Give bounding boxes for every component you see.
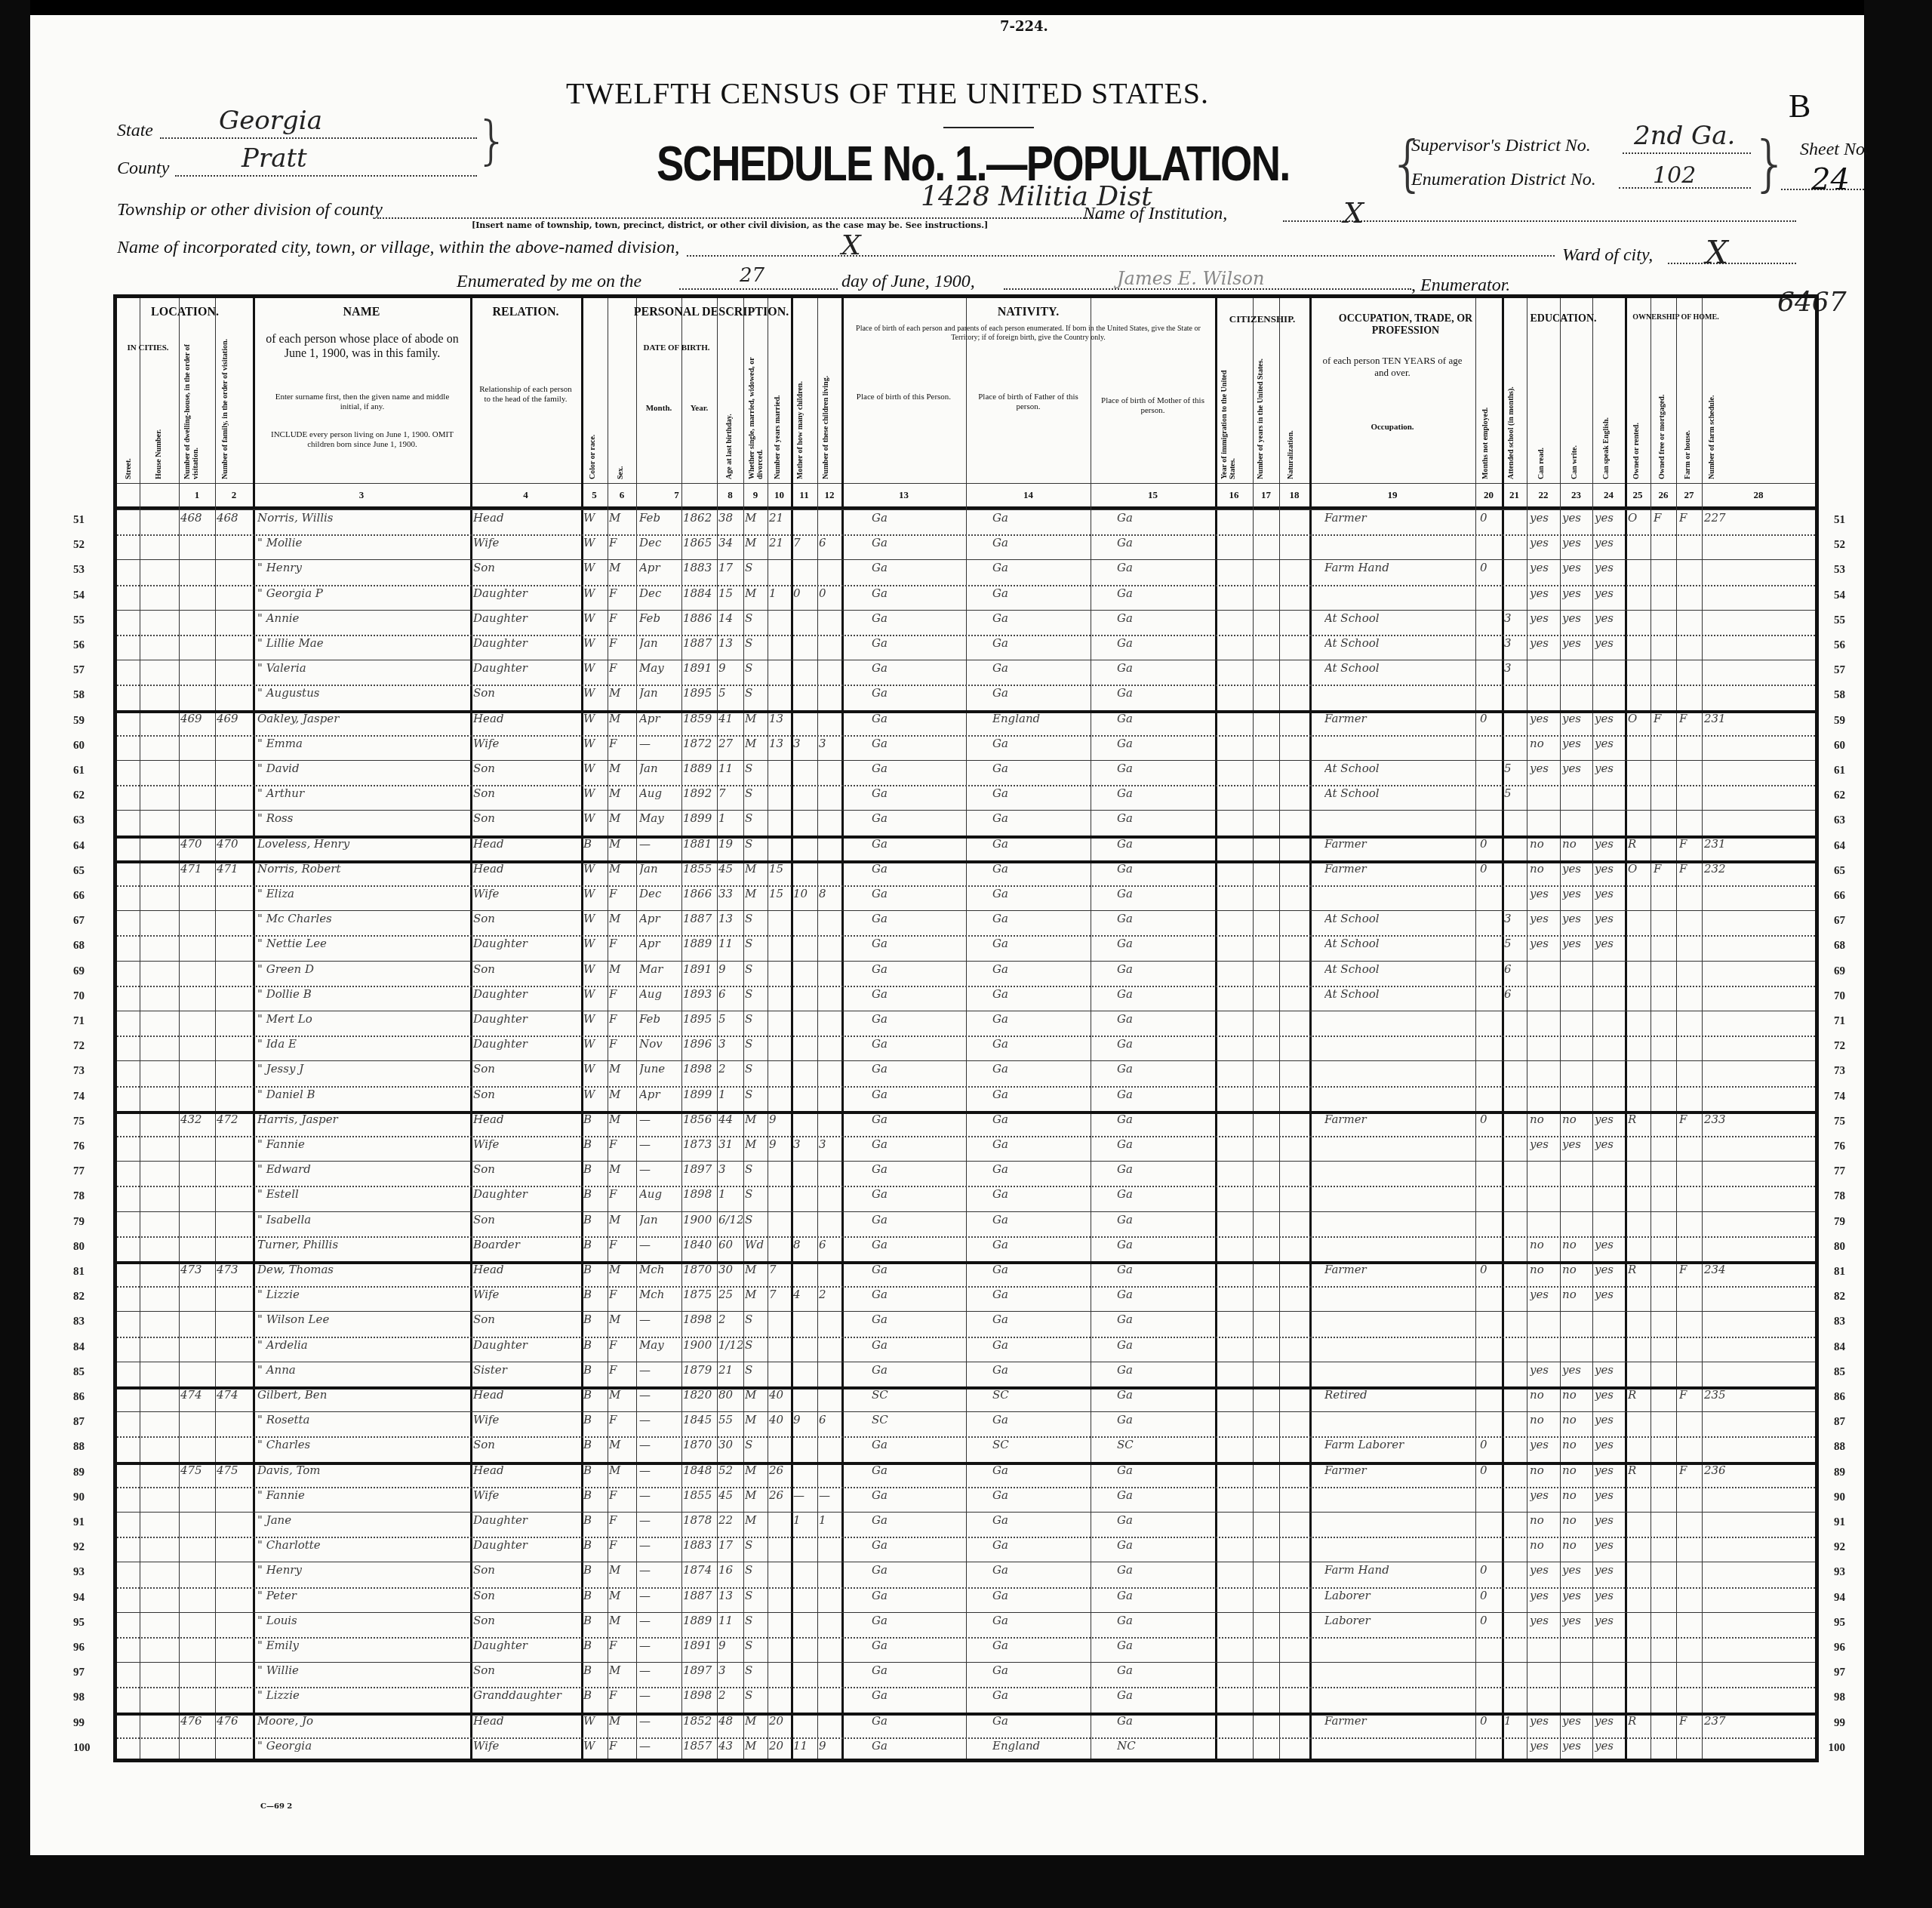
cell-mother: Ga bbox=[1117, 636, 1211, 650]
table-row: 8585" AnnaSisterBF—187921SGaGaGayesyesye… bbox=[117, 1362, 1815, 1387]
cell-free: F bbox=[1654, 712, 1675, 725]
line-number-left: 87 bbox=[73, 1416, 85, 1429]
line-number-left: 84 bbox=[73, 1341, 85, 1354]
table-row: 7979" IsabellaSonBMJan19006/12SGaGaGa bbox=[117, 1211, 1815, 1237]
cell-father: Ga bbox=[992, 1313, 1087, 1326]
cell-own: R bbox=[1628, 1112, 1649, 1126]
header-in-cities: IN CITIES. bbox=[117, 343, 179, 353]
cell-relation: Head bbox=[473, 1463, 579, 1477]
cell-unemployed: 0 bbox=[1480, 1263, 1500, 1276]
cell-dwelling: 471 bbox=[180, 862, 215, 876]
table-row: 9090" FannieWifeBF—185545M26——GaGaGayesn… bbox=[117, 1487, 1815, 1513]
cell-father: Ga bbox=[992, 1213, 1087, 1226]
cell-name: " Mollie bbox=[257, 536, 469, 549]
cell-father: Ga bbox=[992, 837, 1087, 851]
header-education: EDUCATION. bbox=[1502, 313, 1625, 325]
cell-birth: Ga bbox=[872, 1137, 962, 1151]
cell-mother: Ga bbox=[1117, 1388, 1211, 1402]
cell-age: 1 bbox=[718, 811, 743, 825]
cell-sex: M bbox=[609, 862, 635, 876]
table-row: 9898" LizzieGranddaughterBF—18982SGaGaGa bbox=[117, 1687, 1815, 1713]
cell-father: Ga bbox=[992, 762, 1087, 775]
cell-name: " Eliza bbox=[257, 887, 469, 900]
table-row: 5656" Lillie MaeDaughterWFJan188713SGaGa… bbox=[117, 635, 1815, 660]
cell-father: Ga bbox=[992, 1463, 1087, 1477]
cell-mother-of: 4 bbox=[793, 1288, 816, 1301]
cell-write: yes bbox=[1562, 1589, 1591, 1602]
cell-mother: Ga bbox=[1117, 1563, 1211, 1577]
cell-living: 6 bbox=[819, 1413, 840, 1426]
cell-farm: F bbox=[1679, 837, 1700, 851]
line-number-right: 73 bbox=[1834, 1065, 1845, 1078]
cell-name: Davis, Tom bbox=[257, 1463, 469, 1477]
cell-father: Ga bbox=[992, 1513, 1087, 1527]
cell-marital: M bbox=[745, 1739, 768, 1753]
cell-sex: M bbox=[609, 1162, 635, 1176]
supervisor-label: Supervisor's District No. bbox=[1411, 136, 1591, 156]
cell-birth: Ga bbox=[872, 1563, 962, 1577]
cell-age: 25 bbox=[718, 1288, 743, 1301]
cell-color: W bbox=[583, 862, 606, 876]
cell-age: 45 bbox=[718, 1488, 743, 1502]
cell-marital: M bbox=[745, 1388, 768, 1402]
cell-marital: M bbox=[745, 862, 768, 876]
table-row: 7474" Daniel BSonWMApr18991SGaGaGa bbox=[117, 1086, 1815, 1112]
cell-sex: F bbox=[609, 937, 635, 950]
cell-marital: S bbox=[745, 1438, 768, 1451]
cell-color: B bbox=[583, 837, 606, 851]
vh-house: House Number. bbox=[155, 381, 163, 479]
cell-unemployed: 0 bbox=[1480, 1463, 1500, 1477]
cell-year: 1840 bbox=[683, 1238, 716, 1251]
cell-relation: Daughter bbox=[473, 636, 579, 650]
cell-year: 1887 bbox=[683, 1589, 716, 1602]
cell-unemployed: 0 bbox=[1480, 1589, 1500, 1602]
cell-marital: M bbox=[745, 1714, 768, 1728]
cell-english: yes bbox=[1595, 511, 1623, 525]
col-num: 24 bbox=[1592, 489, 1625, 501]
line-number-right: 74 bbox=[1834, 1091, 1845, 1103]
cell-relation: Son bbox=[473, 1614, 579, 1627]
cell-month: — bbox=[639, 737, 680, 750]
cell-mother: Ga bbox=[1117, 837, 1211, 851]
cell-father: Ga bbox=[992, 937, 1087, 950]
line-number-left: 92 bbox=[73, 1541, 85, 1554]
cell-age: 17 bbox=[718, 561, 743, 574]
cell-year: 1862 bbox=[683, 511, 716, 525]
cell-occupation: Retired bbox=[1324, 1388, 1472, 1402]
cell-relation: Daughter bbox=[473, 937, 579, 950]
line-number-right: 97 bbox=[1834, 1666, 1845, 1679]
cell-write: no bbox=[1562, 1263, 1591, 1276]
table-row: 9191" JaneDaughterBF—187822M11GaGaGanono… bbox=[117, 1512, 1815, 1537]
cell-age: 27 bbox=[718, 737, 743, 750]
cell-read: yes bbox=[1530, 912, 1558, 925]
line-number-right: 90 bbox=[1834, 1491, 1845, 1504]
cell-sex: F bbox=[609, 586, 635, 600]
cell-write: yes bbox=[1562, 536, 1591, 549]
cell-birth: Ga bbox=[872, 1714, 962, 1728]
vh-dwelling: Number of dwelling-house, in the order o… bbox=[183, 336, 200, 479]
cell-mother: Ga bbox=[1117, 937, 1211, 950]
cell-relation: Wife bbox=[473, 887, 579, 900]
vh-years-married: Number of years married. bbox=[774, 336, 782, 479]
cell-age: 2 bbox=[718, 1062, 743, 1076]
cell-mother: Ga bbox=[1117, 1288, 1211, 1301]
state-line bbox=[160, 137, 477, 139]
cell-age: 15 bbox=[718, 586, 743, 600]
cell-month: June bbox=[639, 1062, 680, 1076]
cell-age: 45 bbox=[718, 862, 743, 876]
cell-year: 1874 bbox=[683, 1563, 716, 1577]
cell-english: yes bbox=[1595, 636, 1623, 650]
cell-father: Ga bbox=[992, 1288, 1087, 1301]
cell-sex: M bbox=[609, 1213, 635, 1226]
cell-farm: F bbox=[1679, 1263, 1700, 1276]
cell-relation: Wife bbox=[473, 1413, 579, 1426]
cell-english: yes bbox=[1595, 1589, 1623, 1602]
cell-name: " Fannie bbox=[257, 1488, 469, 1502]
row-divider bbox=[117, 910, 1815, 911]
cell-living: 3 bbox=[819, 1137, 840, 1151]
line-number-right: 68 bbox=[1834, 940, 1845, 952]
cell-occupation: Laborer bbox=[1324, 1614, 1472, 1627]
table-row: 7676" FannieWifeBF—187331M933GaGaGayesye… bbox=[117, 1136, 1815, 1162]
cell-age: 44 bbox=[718, 1112, 743, 1126]
cell-age: 1 bbox=[718, 1088, 743, 1101]
table-row: 6868" Nettie LeeDaughterWFApr188911SGaGa… bbox=[117, 935, 1815, 961]
col-num: 5 bbox=[581, 489, 608, 501]
cell-color: B bbox=[583, 1614, 606, 1627]
cell-name: Loveless, Henry bbox=[257, 837, 469, 851]
cell-living: 6 bbox=[819, 536, 840, 549]
line-number-right: 77 bbox=[1834, 1165, 1845, 1178]
header-name: NAME bbox=[253, 306, 470, 319]
cell-dwelling: 470 bbox=[180, 837, 215, 851]
cell-write: yes bbox=[1562, 561, 1591, 574]
vh-months-unemployed: Months not employed. bbox=[1481, 404, 1490, 479]
cell-month: Mch bbox=[639, 1263, 680, 1276]
cell-father: Ga bbox=[992, 1663, 1087, 1677]
row-divider bbox=[117, 1011, 1815, 1011]
cell-living: 0 bbox=[819, 586, 840, 600]
cell-sex: M bbox=[609, 1438, 635, 1451]
line-number-right: 56 bbox=[1834, 639, 1845, 652]
cell-free: F bbox=[1654, 511, 1675, 525]
cell-occupation: At School bbox=[1324, 987, 1472, 1001]
cell-year: 1852 bbox=[683, 1714, 716, 1728]
line-number-right: 75 bbox=[1834, 1116, 1845, 1128]
institution-value: X bbox=[1343, 196, 1364, 229]
cell-color: B bbox=[583, 1388, 606, 1402]
cell-sex: M bbox=[609, 1614, 635, 1627]
cell-name: " Valeria bbox=[257, 661, 469, 675]
cell-english: yes bbox=[1595, 561, 1623, 574]
line-number-right: 96 bbox=[1834, 1642, 1845, 1654]
cell-dwelling: 473 bbox=[180, 1263, 215, 1276]
line-number-left: 99 bbox=[73, 1717, 85, 1730]
cell-read: yes bbox=[1530, 762, 1558, 775]
cell-mother: Ga bbox=[1117, 1463, 1211, 1477]
cell-school: 5 bbox=[1504, 937, 1525, 950]
cell-dwelling: 474 bbox=[180, 1388, 215, 1402]
cell-month: Jan bbox=[639, 686, 680, 700]
cell-relation: Son bbox=[473, 561, 579, 574]
cell-marital: M bbox=[745, 511, 768, 525]
cell-occupation: Farmer bbox=[1324, 837, 1472, 851]
cell-birth: Ga bbox=[872, 862, 962, 876]
table-row: 8080Turner, PhillisBoarderBF—184060Wd86G… bbox=[117, 1236, 1815, 1262]
cell-marital: S bbox=[745, 1614, 768, 1627]
col-num: 20 bbox=[1475, 489, 1502, 501]
cell-occupation: At School bbox=[1324, 636, 1472, 650]
header-citizenship: CITIZENSHIP. bbox=[1215, 313, 1309, 325]
table-row: 6262" ArthurSonWMAug18927SGaGaGaAt Schoo… bbox=[117, 785, 1815, 811]
cell-father: Ga bbox=[992, 1263, 1087, 1276]
footer-code: C—69 2 bbox=[260, 1802, 292, 1811]
cell-color: B bbox=[583, 1639, 606, 1652]
cell-schedule: 227 bbox=[1704, 511, 1734, 525]
line-number-right: 54 bbox=[1834, 589, 1845, 602]
cell-read: no bbox=[1530, 1112, 1558, 1126]
table-row: 100100" GeorgiaWifeWF—185743M20119GaEngl… bbox=[117, 1737, 1815, 1763]
cell-mother: Ga bbox=[1117, 1037, 1211, 1051]
cell-year: 1883 bbox=[683, 561, 716, 574]
cell-living: 6 bbox=[819, 1238, 840, 1251]
cell-mother-of: — bbox=[793, 1488, 816, 1502]
line-number-right: 69 bbox=[1834, 965, 1845, 978]
cell-father: Ga bbox=[992, 561, 1087, 574]
cell-name: " Edward bbox=[257, 1162, 469, 1176]
cell-birth: Ga bbox=[872, 937, 962, 950]
sheet-label: Sheet No. bbox=[1800, 140, 1869, 160]
cell-unemployed: 0 bbox=[1480, 1112, 1500, 1126]
cell-year: 1898 bbox=[683, 1062, 716, 1076]
cell-marital: S bbox=[745, 1663, 768, 1677]
col-num: 21 bbox=[1502, 489, 1527, 501]
cell-birth: Ga bbox=[872, 1213, 962, 1226]
row-divider bbox=[117, 810, 1815, 811]
cell-marital: S bbox=[745, 987, 768, 1001]
cell-father: Ga bbox=[992, 1488, 1087, 1502]
line-number-right: 62 bbox=[1834, 789, 1845, 802]
cell-age: 6 bbox=[718, 987, 743, 1001]
cell-father: SC bbox=[992, 1438, 1087, 1451]
state-label: State bbox=[117, 121, 153, 141]
line-number-left: 82 bbox=[73, 1291, 85, 1303]
cell-name: Turner, Phillis bbox=[257, 1238, 469, 1251]
header-occupation: Occupation. bbox=[1309, 423, 1475, 432]
col-num: 15 bbox=[1091, 489, 1215, 501]
cell-year: 1891 bbox=[683, 1639, 716, 1652]
row-divider bbox=[117, 660, 1815, 660]
cell-name: " Henry bbox=[257, 1563, 469, 1577]
cell-father: Ga bbox=[992, 1187, 1087, 1201]
cell-year: 1884 bbox=[683, 586, 716, 600]
line-number-left: 94 bbox=[73, 1592, 85, 1605]
cell-write: no bbox=[1562, 1513, 1591, 1527]
line-number-left: 85 bbox=[73, 1366, 85, 1379]
vh-attended-school: Attended school (in months). bbox=[1507, 343, 1515, 479]
cell-age: 13 bbox=[718, 912, 743, 925]
cell-family: 475 bbox=[217, 1463, 251, 1477]
cell-color: B bbox=[583, 1338, 606, 1352]
cell-year: 1893 bbox=[683, 987, 716, 1001]
cell-read: yes bbox=[1530, 887, 1558, 900]
line-number-left: 71 bbox=[73, 1015, 85, 1028]
cell-occupation: Farmer bbox=[1324, 1714, 1472, 1728]
cell-free: F bbox=[1654, 862, 1675, 876]
cell-occupation: At School bbox=[1324, 912, 1472, 925]
cell-birth: Ga bbox=[872, 536, 962, 549]
cell-read: yes bbox=[1530, 586, 1558, 600]
table-row: 8383" Wilson LeeSonBM—18982SGaGaGa bbox=[117, 1311, 1815, 1337]
ed-label: Enumeration District No. bbox=[1411, 170, 1596, 190]
table-row: 7373" Jessy JSonWMJune18982SGaGaGa bbox=[117, 1060, 1815, 1086]
county-value: Pratt bbox=[241, 143, 307, 174]
cell-year: 1820 bbox=[683, 1388, 716, 1402]
row-divider bbox=[117, 610, 1815, 611]
cell-father: Ga bbox=[992, 1012, 1087, 1026]
cell-relation: Daughter bbox=[473, 1012, 579, 1026]
cell-relation: Head bbox=[473, 712, 579, 725]
cell-birth: Ga bbox=[872, 1187, 962, 1201]
line-number-right: 61 bbox=[1834, 765, 1845, 777]
cell-name: " Georgia P bbox=[257, 586, 469, 600]
cell-color: W bbox=[583, 636, 606, 650]
cell-birth: Ga bbox=[872, 1288, 962, 1301]
table-row: 9494" PeterSonBM—188713SGaGaGaLaborer0ye… bbox=[117, 1587, 1815, 1613]
table-row: 8888" CharlesSonBM—187030SGaSCSCFarm Lab… bbox=[117, 1436, 1815, 1462]
cell-read: no bbox=[1530, 1238, 1558, 1251]
county-line bbox=[175, 175, 477, 177]
cell-read: no bbox=[1530, 1513, 1558, 1527]
table-row: 9393" HenrySonBM—187416SGaGaGaFarm Hand0… bbox=[117, 1562, 1815, 1587]
cell-marital: S bbox=[745, 1088, 768, 1101]
cell-birth: Ga bbox=[872, 1614, 962, 1627]
cell-mother: Ga bbox=[1117, 862, 1211, 876]
cell-read: yes bbox=[1530, 1488, 1558, 1502]
line-number-left: 53 bbox=[73, 564, 85, 577]
vh-farm-schedule: Number of farm schedule. bbox=[1708, 343, 1716, 479]
line-number-left: 79 bbox=[73, 1216, 85, 1229]
cell-sex: F bbox=[609, 1639, 635, 1652]
cell-name: Gilbert, Ben bbox=[257, 1388, 469, 1402]
cell-name: " Dollie B bbox=[257, 987, 469, 1001]
cell-year: 1900 bbox=[683, 1213, 716, 1226]
cell-read: yes bbox=[1530, 511, 1558, 525]
cell-unemployed: 0 bbox=[1480, 1614, 1500, 1627]
cell-birth: Ga bbox=[872, 1012, 962, 1026]
row-divider bbox=[117, 1311, 1815, 1312]
cell-school: 6 bbox=[1504, 962, 1525, 976]
cell-mother: Ga bbox=[1117, 1238, 1211, 1251]
row-divider bbox=[117, 1411, 1815, 1412]
cell-birth: Ga bbox=[872, 1639, 962, 1652]
cell-marital: M bbox=[745, 586, 768, 600]
cell-sex: M bbox=[609, 1563, 635, 1577]
header-relation: RELATION. bbox=[470, 306, 581, 319]
cell-school: 6 bbox=[1504, 987, 1525, 1001]
line-number-left: 76 bbox=[73, 1140, 85, 1153]
cell-farm: F bbox=[1679, 1388, 1700, 1402]
cell-write: yes bbox=[1562, 862, 1591, 876]
cell-mother: Ga bbox=[1117, 1088, 1211, 1101]
cell-sex: F bbox=[609, 661, 635, 675]
cell-color: W bbox=[583, 937, 606, 950]
cell-mother: Ga bbox=[1117, 1012, 1211, 1026]
cell-relation: Daughter bbox=[473, 611, 579, 625]
cell-occupation: Laborer bbox=[1324, 1589, 1472, 1602]
col-num: 7 bbox=[636, 489, 717, 501]
cell-birth: Ga bbox=[872, 887, 962, 900]
line-number-left: 91 bbox=[73, 1516, 85, 1529]
cell-age: 3 bbox=[718, 1663, 743, 1677]
cell-occupation: At School bbox=[1324, 661, 1472, 675]
cell-year: 1859 bbox=[683, 712, 716, 725]
cell-year: 1895 bbox=[683, 1012, 716, 1026]
county-label: County bbox=[117, 158, 169, 179]
cell-english: yes bbox=[1595, 1413, 1623, 1426]
line-number-right: 71 bbox=[1834, 1015, 1845, 1028]
cell-relation: Son bbox=[473, 1663, 579, 1677]
col-num: 19 bbox=[1309, 489, 1475, 501]
line-number-left: 90 bbox=[73, 1491, 85, 1504]
cell-read: yes bbox=[1530, 536, 1558, 549]
cell-relation: Head bbox=[473, 1112, 579, 1126]
line-number-right: 67 bbox=[1834, 915, 1845, 928]
cell-month: — bbox=[639, 1714, 680, 1728]
cell-father: Ga bbox=[992, 1363, 1087, 1377]
cell-age: 38 bbox=[718, 511, 743, 525]
cell-sex: F bbox=[609, 1363, 635, 1377]
cell-name: " Mc Charles bbox=[257, 912, 469, 925]
col-num: 2 bbox=[215, 489, 253, 501]
cell-age: 41 bbox=[718, 712, 743, 725]
cell-sex: F bbox=[609, 611, 635, 625]
cell-read: yes bbox=[1530, 1614, 1558, 1627]
cell-english: yes bbox=[1595, 1438, 1623, 1451]
cell-mother: Ga bbox=[1117, 1663, 1211, 1677]
cell-month: Apr bbox=[639, 561, 680, 574]
cell-birth: Ga bbox=[872, 1513, 962, 1527]
cell-month: Apr bbox=[639, 712, 680, 725]
cell-month: — bbox=[639, 837, 680, 851]
cell-write: yes bbox=[1562, 762, 1591, 775]
cell-month: Feb bbox=[639, 1012, 680, 1026]
ward-label: Ward of city, bbox=[1562, 245, 1653, 266]
cell-marital: S bbox=[745, 1538, 768, 1552]
cell-family: 468 bbox=[217, 511, 251, 525]
table-row: 5353" HenrySonWMApr188317SGaGaGaFarm Han… bbox=[117, 559, 1815, 585]
cell-read: yes bbox=[1530, 1563, 1558, 1577]
cell-sex: M bbox=[609, 786, 635, 800]
cell-year: 1889 bbox=[683, 937, 716, 950]
col-num: 16 bbox=[1215, 489, 1253, 501]
cell-mother: NC bbox=[1117, 1739, 1211, 1753]
vh-can-read: Can read. bbox=[1537, 426, 1546, 479]
cell-marital: Wd bbox=[745, 1238, 768, 1251]
cell-mother: Ga bbox=[1117, 1538, 1211, 1552]
cell-year: 1900 bbox=[683, 1338, 716, 1352]
cell-write: yes bbox=[1562, 887, 1591, 900]
cell-year: 1855 bbox=[683, 1488, 716, 1502]
cell-english: yes bbox=[1595, 1288, 1623, 1301]
cell-unemployed: 0 bbox=[1480, 1563, 1500, 1577]
cell-name: " Louis bbox=[257, 1614, 469, 1627]
line-number-right: 60 bbox=[1834, 740, 1845, 752]
cell-month: — bbox=[639, 1162, 680, 1176]
